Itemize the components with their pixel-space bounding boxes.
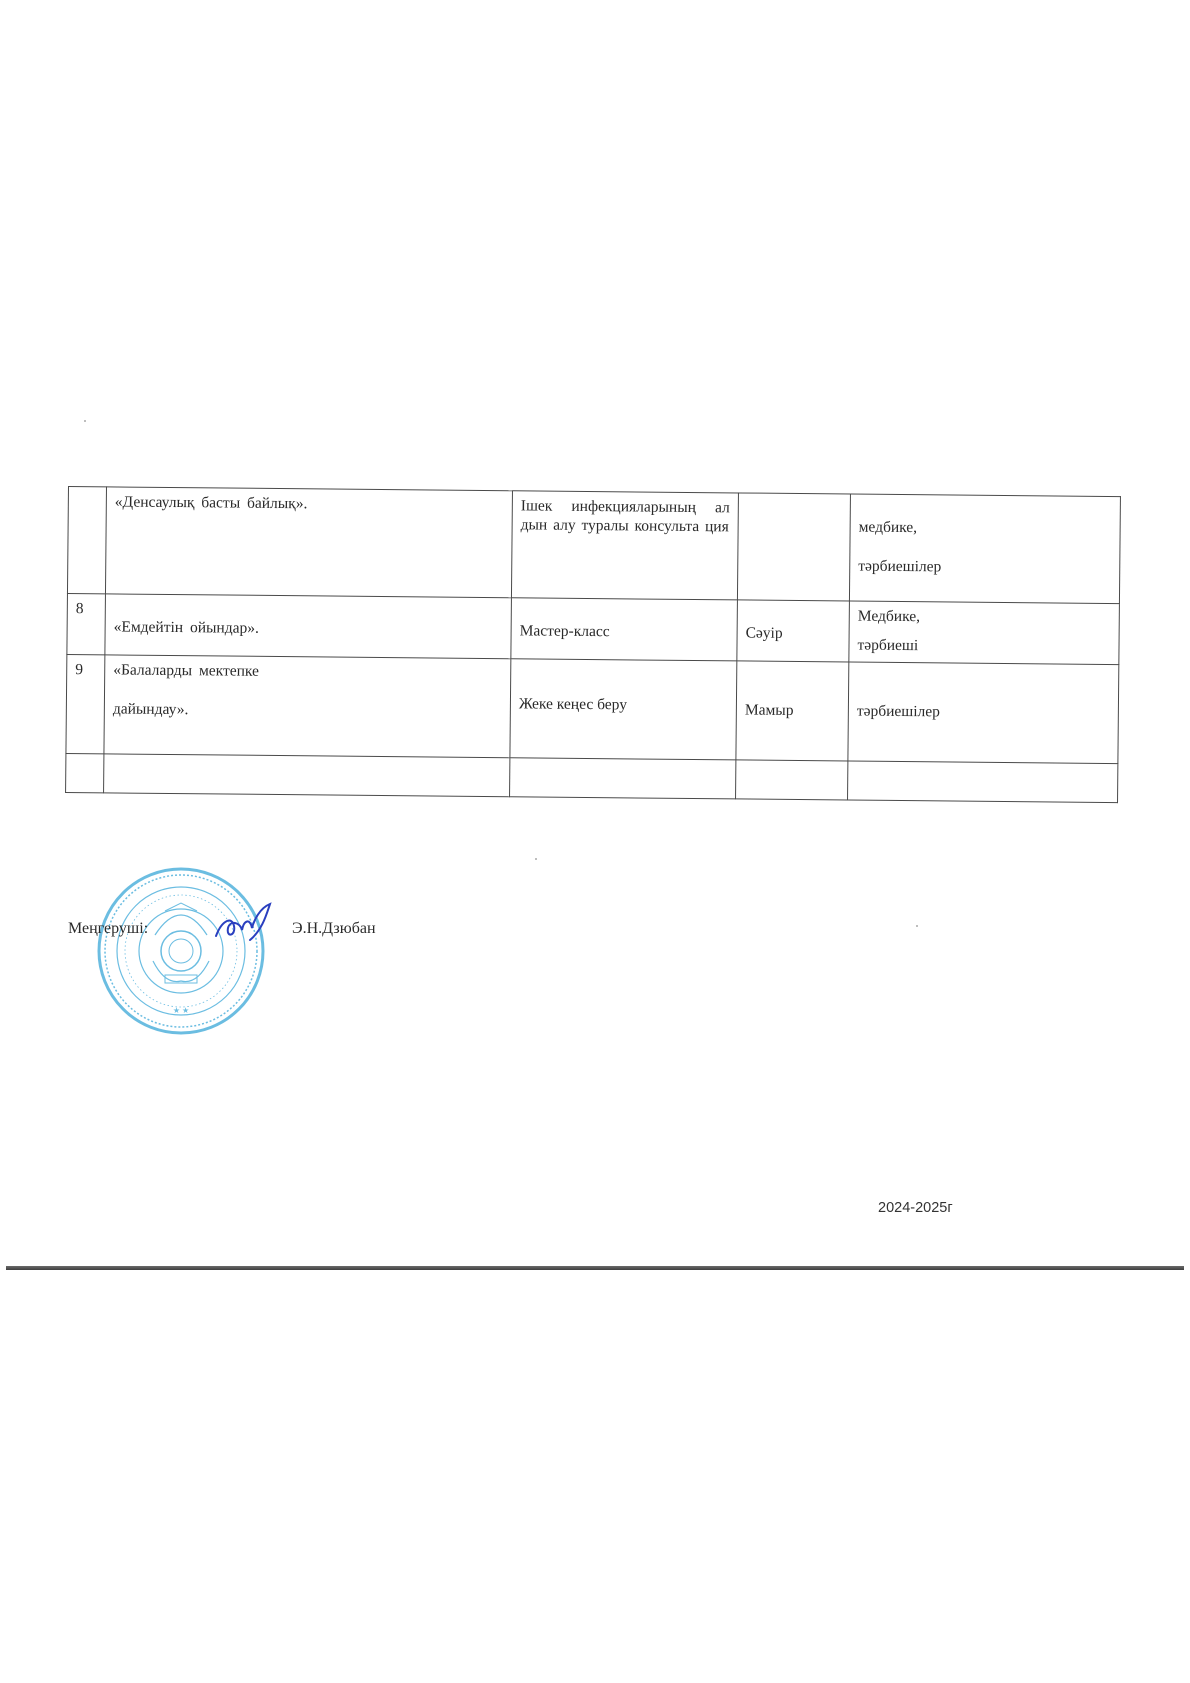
topic-cell: «Денсаулық басты байлық». xyxy=(105,487,512,598)
table-row: «Денсаулық басты байлық». Ішек инфекциял… xyxy=(67,487,1120,604)
responsible-line: Медбике, xyxy=(858,607,1111,629)
table-row: 9 «Балаларды мектепке дайындау». Жеке ке… xyxy=(66,654,1119,763)
signatory-name: Э.Н.Дзюбан xyxy=(292,920,376,938)
form-cell: Жеке кеңес беру xyxy=(510,659,737,760)
month-text: Сәуір xyxy=(746,624,841,644)
plan-table-wrapper: «Денсаулық басты байлық». Ішек инфекциял… xyxy=(65,486,1120,803)
row-number: 9 xyxy=(66,654,105,753)
signatory-role: Меңгеруші: xyxy=(68,920,148,938)
month-cell xyxy=(737,493,850,601)
responsible-line: тәрбиешілер xyxy=(857,702,1110,724)
responsible-cell xyxy=(848,761,1118,803)
form-cell: Мастер-класс xyxy=(511,598,738,661)
scan-speck xyxy=(535,858,537,860)
plan-table: «Денсаулық басты байлық». Ішек инфекциял… xyxy=(65,486,1121,803)
official-seal-icon: ★ ★ xyxy=(95,865,267,1037)
academic-year: 2024-2025г xyxy=(878,1200,953,1216)
responsible-cell: медбике, тәрбиешілер xyxy=(849,494,1120,604)
row-number: 8 xyxy=(67,593,106,654)
row-number xyxy=(67,487,106,594)
topic-line: «Емдейтін ойындар». xyxy=(114,617,503,640)
form-cell: Ішек инфекцияларының ал дын алу туралы к… xyxy=(511,491,738,600)
month-text: Мамыр xyxy=(745,701,840,721)
page-bottom-rule xyxy=(6,1266,1184,1270)
form-text: Жеке кеңес беру xyxy=(519,694,728,715)
responsible-line: медбике, xyxy=(859,518,1112,540)
signature-block: Меңгеруші: Э.Н.Дзюбан xyxy=(68,920,468,950)
form-text: Мастер-класс xyxy=(520,621,729,642)
topic-cell xyxy=(104,754,510,797)
month-cell xyxy=(736,760,848,800)
topic-line: дайындау». xyxy=(113,700,502,723)
topic-cell: «Балаларды мектепке дайындау». xyxy=(104,655,511,758)
topic-cell: «Емдейтін ойындар». xyxy=(105,594,512,659)
form-cell xyxy=(510,758,736,799)
month-cell: Сәуір xyxy=(737,600,850,662)
responsible-line: тәрбиешілер xyxy=(858,557,1111,579)
scan-speck xyxy=(916,925,918,927)
responsible-line: тәрбиеші xyxy=(857,636,1110,658)
month-cell: Мамыр xyxy=(736,661,849,761)
row-number xyxy=(66,753,104,792)
svg-text:★ ★: ★ ★ xyxy=(173,1006,189,1015)
topic-line: «Денсаулық басты байлық». xyxy=(115,492,504,515)
responsible-cell: Медбике, тәрбиеші xyxy=(849,601,1120,665)
topic-line: «Балаларды мектепке xyxy=(113,660,502,683)
document-page: «Денсаулық басты байлық». Ішек инфекциял… xyxy=(0,0,1190,1683)
scan-speck xyxy=(84,420,86,422)
table-row: 8 «Емдейтін ойындар». Мастер-класс Сәуір… xyxy=(67,593,1120,664)
responsible-cell: тәрбиешілер xyxy=(848,662,1119,764)
